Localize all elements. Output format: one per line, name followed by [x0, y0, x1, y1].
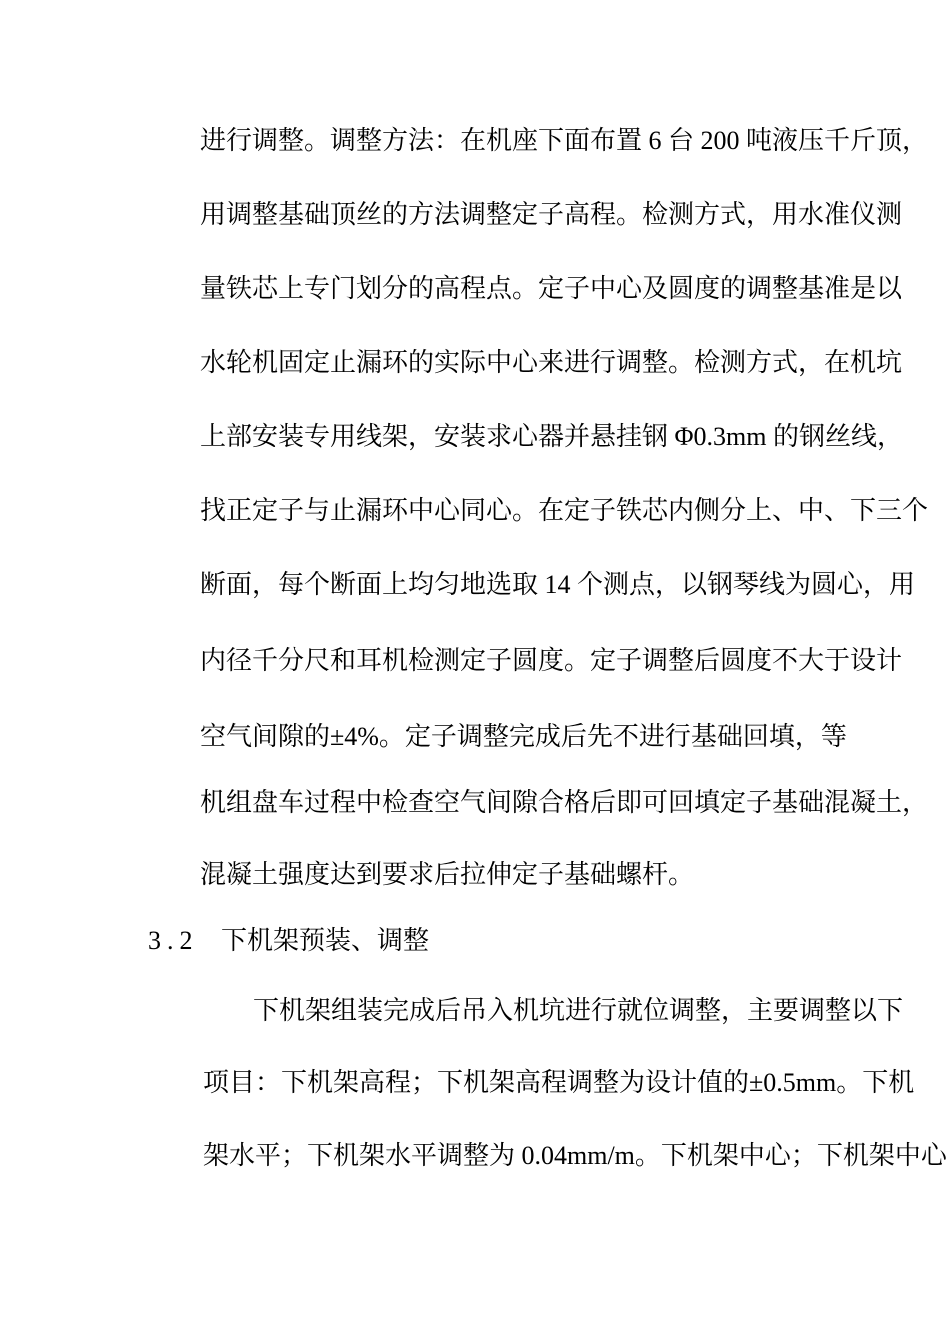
- body-line: 上部安装专用线架，安装求心器并悬挂钢 Φ0.3mm 的钢丝线，: [200, 422, 903, 452]
- body-line: 用调整基础顶丝的方法调整定子高程。检测方式，用水准仪测: [200, 200, 902, 230]
- body-line: 项目：下机架高程；下机架高程调整为设计值的±0.5mm。下机: [203, 1068, 914, 1098]
- body-line: 进行调整。调整方法：在机座下面布置 6 台 200 吨液压千斤顶，: [200, 126, 928, 156]
- section-title: 下机架预装、调整: [221, 926, 429, 955]
- body-line: 水轮机固定止漏环的实际中心来进行调整。检测方式，在机坑: [200, 348, 902, 378]
- document-page: 进行调整。调整方法：在机座下面布置 6 台 200 吨液压千斤顶， 用调整基础顶…: [0, 0, 950, 1344]
- section-heading: 3.2 下机架预装、调整: [148, 926, 429, 956]
- section-number: 3.2: [148, 926, 199, 955]
- body-line: 量铁芯上专门划分的高程点。定子中心及圆度的调整基准是以: [200, 274, 902, 304]
- body-line: 找正定子与止漏环中心同心。在定子铁芯内侧分上、中、下三个: [200, 496, 928, 526]
- body-line: 混凝土强度达到要求后拉伸定子基础螺杆。: [200, 860, 694, 890]
- body-line: 下机架组装完成后吊入机坑进行就位调整，主要调整以下: [253, 996, 903, 1026]
- body-line: 内径千分尺和耳机检测定子圆度。定子调整后圆度不大于设计: [200, 646, 902, 676]
- body-line: 架水平；下机架水平调整为 0.04mm/m。下机架中心；下机架中心: [203, 1141, 947, 1171]
- body-line: 机组盘车过程中检查空气间隙合格后即可回填定子基础混凝土，: [200, 788, 928, 818]
- body-line: 断面，每个断面上均匀地选取 14 个测点，以钢琴线为圆心，用: [200, 570, 915, 600]
- body-line: 空气间隙的±4%。定子调整完成后先不进行基础回填，等: [200, 722, 847, 752]
